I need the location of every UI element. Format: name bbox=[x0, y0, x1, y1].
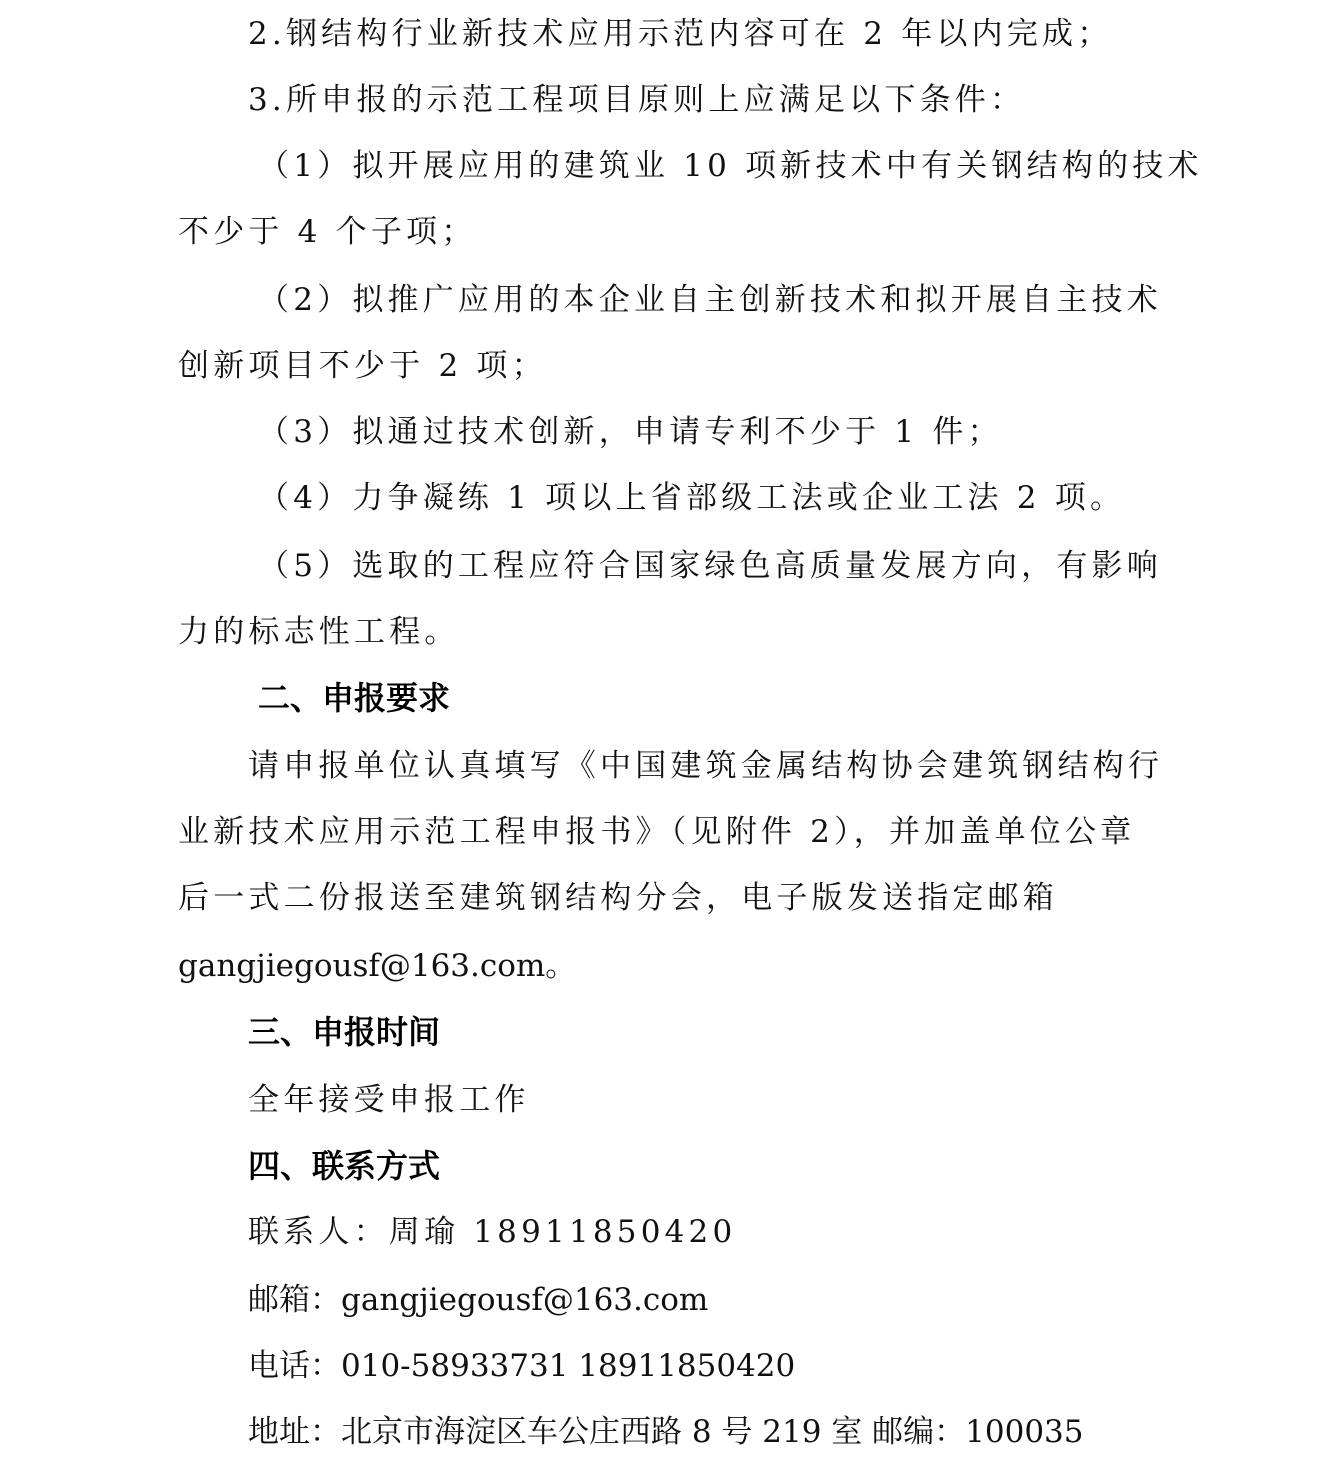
item-3-line: 3.所申报的示范工程项目原则上应满足以下条件： bbox=[248, 80, 1025, 120]
section-3-text: 全年接受申报工作 bbox=[248, 1080, 530, 1120]
section-2-heading: 二、申报要求 bbox=[258, 678, 450, 718]
section-2-para-line-2: 业新技术应用示范工程申报书》（见附件 2），并加盖单位公章 bbox=[178, 812, 1135, 852]
condition-2-line-1: （2）拟推广应用的本企业自主创新技术和拟开展自主技术 bbox=[258, 280, 1162, 320]
condition-1-line-2: 不少于 4 个子项； bbox=[178, 212, 476, 252]
section-2-email-line: gangjiegousf@163.com。 bbox=[178, 946, 576, 986]
section-4-heading: 四、联系方式 bbox=[248, 1146, 440, 1186]
section-2-para-line-1: 请申报单位认真填写《中国建筑金属结构协会建筑钢结构行 bbox=[248, 746, 1163, 786]
contact-address: 地址：北京市海淀区车公庄西路 8 号 219 室 邮编：100035 bbox=[248, 1412, 1084, 1452]
condition-5-line-2: 力的标志性工程。 bbox=[178, 612, 460, 652]
section-2-para-line-3: 后一式二份报送至建筑钢结构分会，电子版发送指定邮箱 bbox=[178, 878, 1058, 918]
contact-email: 邮箱：gangjiegousf@163.com bbox=[248, 1280, 708, 1320]
condition-4-line: （4）力争凝练 1 项以上省部级工法或企业工法 2 项。 bbox=[258, 478, 1125, 518]
item-2-line: 2.钢结构行业新技术应用示范内容可在 2 年以内完成； bbox=[248, 14, 1112, 54]
condition-2-line-2: 创新项目不少于 2 项； bbox=[178, 346, 547, 386]
condition-5-line-1: （5）选取的工程应符合国家绿色高质量发展方向，有影响 bbox=[258, 546, 1162, 586]
section-3-heading: 三、申报时间 bbox=[248, 1012, 440, 1052]
document-page: 2.钢结构行业新技术应用示范内容可在 2 年以内完成； 3.所申报的示范工程项目… bbox=[0, 0, 1320, 1460]
contact-person: 联系人：周瑜 18911850420 bbox=[248, 1212, 736, 1252]
contact-phone: 电话：010-58933731 18911850420 bbox=[248, 1346, 795, 1386]
condition-3-line: （3）拟通过技术创新，申请专利不少于 1 件； bbox=[258, 412, 1003, 452]
condition-1-line-1: （1）拟开展应用的建筑业 10 项新技术中有关钢结构的技术 bbox=[258, 146, 1203, 186]
